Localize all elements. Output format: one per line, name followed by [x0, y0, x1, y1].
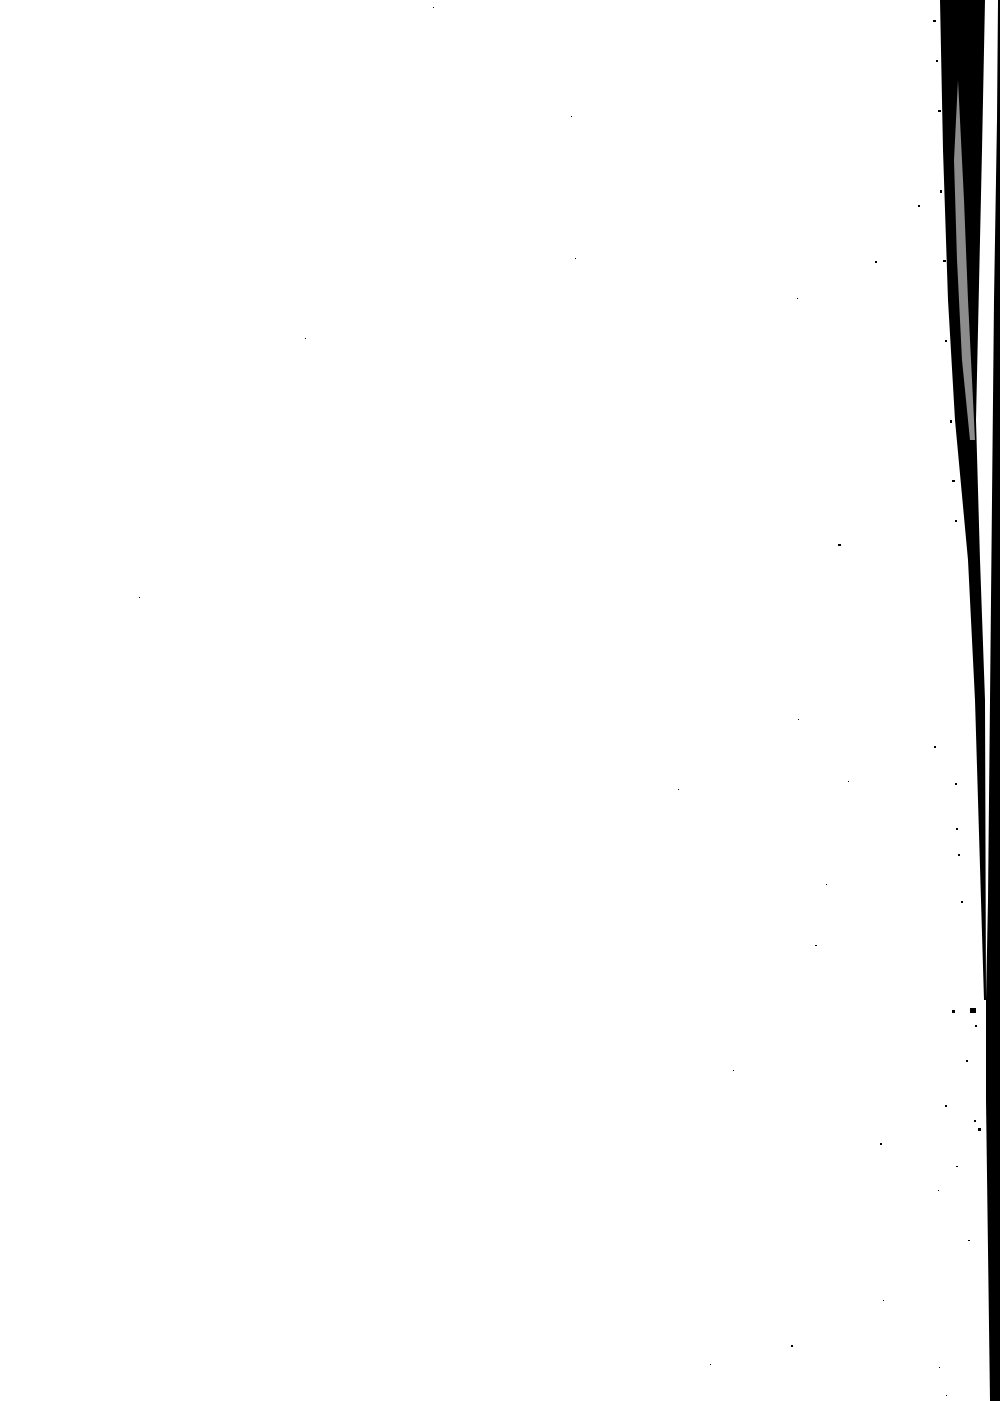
- scanned-page: [0, 0, 1000, 1401]
- binding-shadow: [0, 0, 1000, 1401]
